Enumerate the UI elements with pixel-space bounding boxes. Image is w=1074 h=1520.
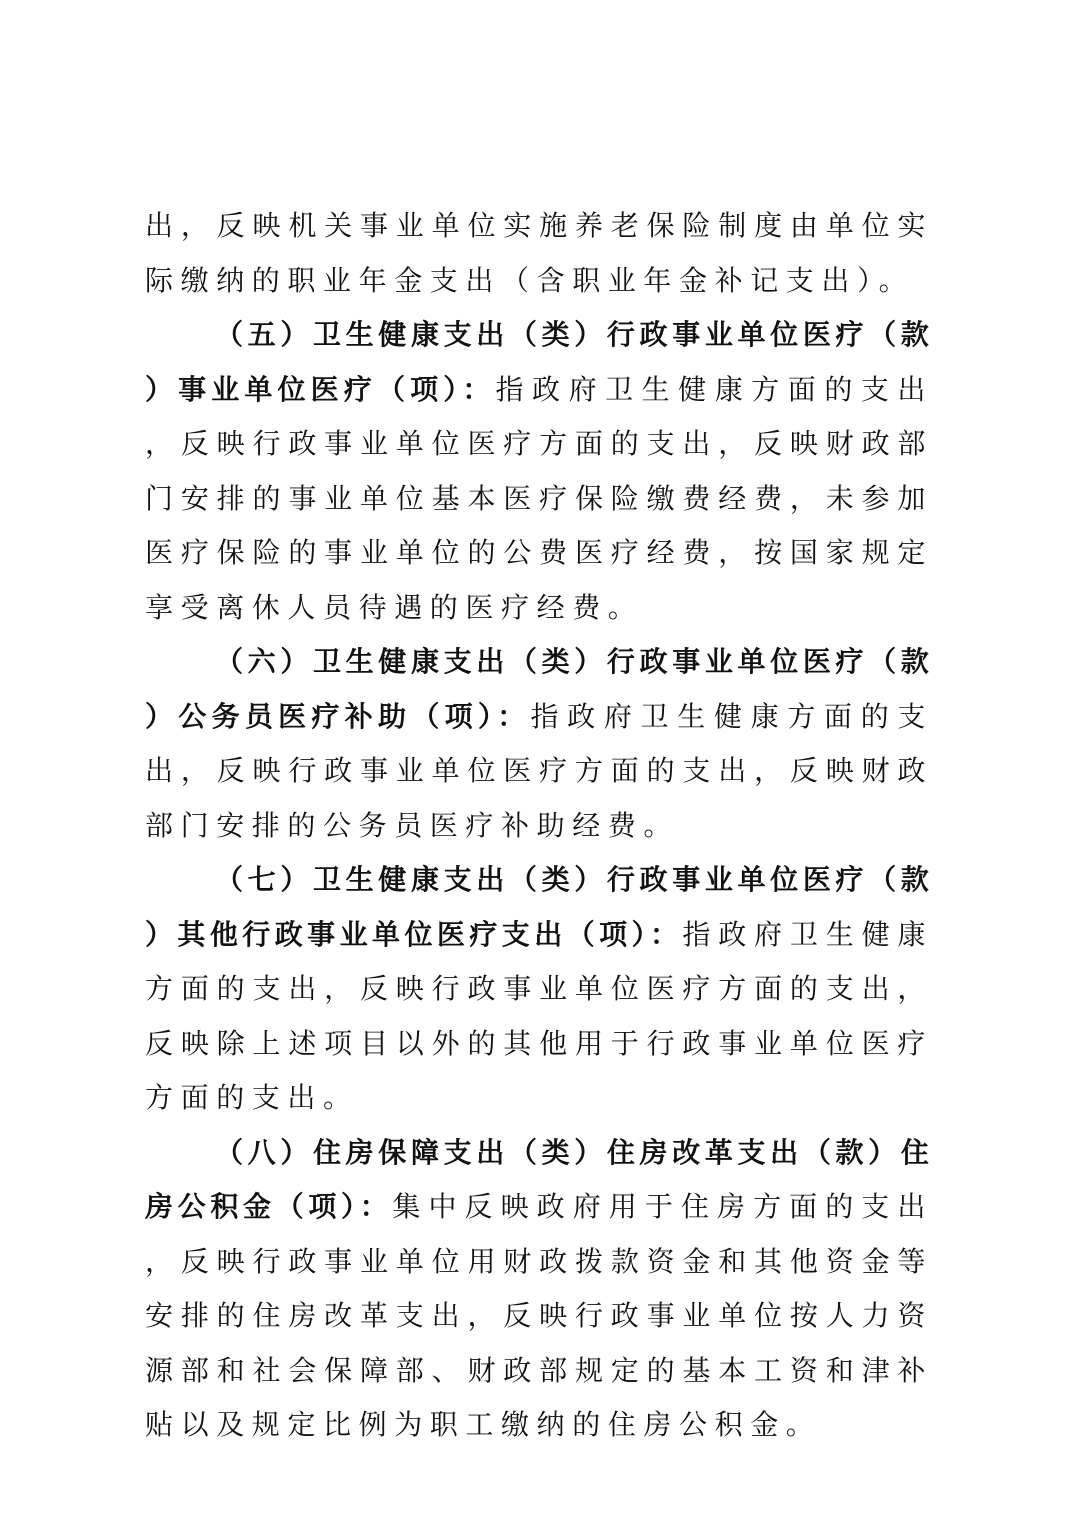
paragraph-item-5: （五）卫生健康支出（类）行政事业单位医疗（款）事业单位医疗（项）：指政府卫生健康… (145, 308, 933, 635)
paragraph-item-8: （八）住房保障支出（类）住房改革支出（款）住房公积金（项）：集中反映政府用于住房… (145, 1126, 933, 1453)
document-page: 出，反映机关事业单位实施养老保险制度由单位实际缴纳的职业年金支出（含职业年金补记… (145, 199, 933, 1453)
paragraph-body: 出，反映机关事业单位实施养老保险制度由单位实际缴纳的职业年金支出（含职业年金补记… (145, 209, 933, 297)
paragraph-continuation: 出，反映机关事业单位实施养老保险制度由单位实际缴纳的职业年金支出（含职业年金补记… (145, 199, 933, 308)
paragraph-item-7: （七）卫生健康支出（类）行政事业单位医疗（款）其他行政事业单位医疗支出（项）：指… (145, 853, 933, 1126)
paragraph-body: 集中反映政府用于住房方面的支出，反映行政事业单位用财政拨款资金和其他资金等安排的… (145, 1190, 933, 1441)
paragraph-body: 指政府卫生健康方面的支出，反映行政事业单位医疗方面的支出，反映财政部门安排的事业… (145, 373, 933, 624)
paragraph-item-6: （六）卫生健康支出（类）行政事业单位医疗（款）公务员医疗补助（项）：指政府卫生健… (145, 635, 933, 853)
